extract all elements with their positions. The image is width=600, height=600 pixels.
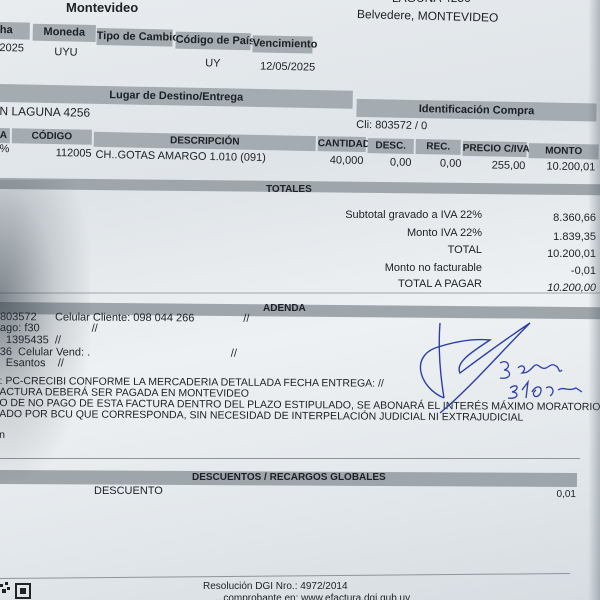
paper-edge bbox=[588, 0, 600, 600]
subtotal-value: 8.360,66 bbox=[500, 212, 596, 224]
col-desc: DESC. bbox=[368, 138, 414, 154]
col-descripcion: DESCRIPCIÓN bbox=[94, 132, 316, 151]
total-value: 10.200,01 bbox=[500, 248, 596, 260]
photo-shadow bbox=[0, 180, 90, 480]
purchase-id-value: Cli: 803572 / 0 bbox=[356, 119, 427, 132]
row-tasa: % bbox=[0, 143, 9, 155]
totals-title: TOTALES bbox=[266, 184, 312, 195]
iva-value: 1.839,35 bbox=[500, 231, 596, 243]
col-codigo-pais: Código de País bbox=[175, 32, 250, 51]
invoice-info: ha Moneda Tipo de Cambio Código de País … bbox=[0, 20, 320, 77]
signature-icon bbox=[400, 318, 600, 418]
totals-section: Subtotal gravado a IVA 22% 8.360,66 Mont… bbox=[300, 207, 600, 302]
addenda-title: ADENDA bbox=[263, 303, 306, 314]
purchase-id-title: Identificación Compra bbox=[356, 99, 596, 122]
vencimiento-value: 12/05/2025 bbox=[260, 60, 315, 73]
verify-url: ...comprobante en: www.efactura.dgi.gub.… bbox=[215, 593, 410, 600]
discount-value: 0,01 bbox=[500, 489, 576, 500]
dgi-resolution: Resolución DGI Nro.: 4972/2014 bbox=[203, 581, 348, 592]
divider bbox=[0, 573, 570, 579]
col-rec: REC. bbox=[416, 139, 461, 155]
col-vencimiento: Vencimiento bbox=[252, 35, 312, 53]
total-a-pagar-label: TOTAL A PAGAR bbox=[300, 278, 482, 290]
col-moneda: Moneda bbox=[33, 24, 96, 42]
qr-code-icon bbox=[0, 582, 32, 600]
row-codigo: 112005 bbox=[29, 147, 91, 160]
moneda-value: UYU bbox=[54, 46, 77, 58]
total-label: TOTAL bbox=[300, 244, 482, 256]
codigo-pais-value: UY bbox=[205, 57, 221, 69]
col-tipo-cambio: Tipo de Cambio bbox=[96, 28, 172, 47]
address-partial: LAGUNA 4256 bbox=[392, 0, 471, 5]
subtotal-label: Subtotal gravado a IVA 22% bbox=[300, 209, 482, 221]
city-title: Montevideo bbox=[66, 0, 138, 15]
discount-label: DESCUENTO bbox=[94, 485, 163, 497]
col-tasa: A bbox=[0, 128, 10, 143]
fold-line bbox=[0, 292, 600, 294]
address-city: Belvedere, MONTEVIDEO bbox=[357, 7, 499, 25]
iva-label: Monto IVA 22% bbox=[300, 227, 482, 239]
row-desc: 0,00 bbox=[359, 156, 411, 169]
col-cantidad: CANTIDAD bbox=[318, 136, 366, 152]
no-facturable-value: -0,01 bbox=[500, 265, 596, 277]
col-precio: PRECIO C/IVA bbox=[463, 141, 527, 157]
no-facturable-label: Monto no facturable bbox=[300, 262, 482, 274]
row-precio: 255,00 bbox=[459, 159, 525, 172]
row-descripcion: CH..GOTAS AMARGO 1.010 (091) bbox=[95, 149, 266, 164]
discounts-title: DESCUENTOS / RECARGOS GLOBALES bbox=[192, 472, 386, 483]
col-codigo: CÓDIGO bbox=[12, 128, 92, 145]
row-cantidad: 40,000 bbox=[299, 154, 363, 167]
fecha-value: 2025 bbox=[0, 42, 24, 55]
delivery-value: N LAGUNA 4256 bbox=[0, 104, 90, 120]
row-rec: 0,00 bbox=[409, 157, 461, 170]
row-monto: 10.200,01 bbox=[519, 160, 595, 173]
invoice-paper: Montevideo LAGUNA 4256 Belvedere, MONTEV… bbox=[0, 0, 600, 600]
col-fecha: ha bbox=[0, 22, 30, 40]
